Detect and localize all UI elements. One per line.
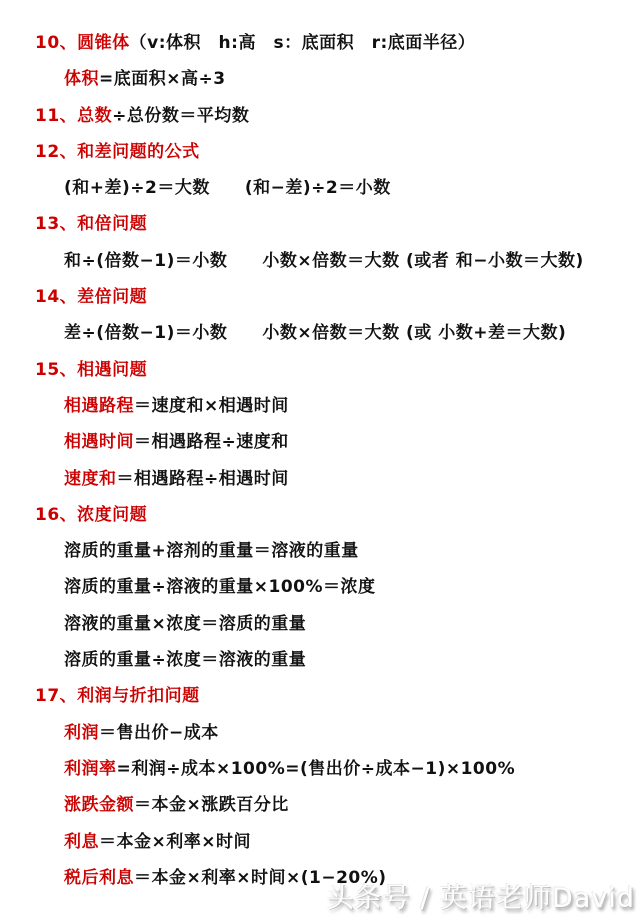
- section-heading: 14、差倍问题: [0, 279, 641, 315]
- highlight-text: 17、利润与折扣问题: [35, 686, 200, 706]
- formula-text: =底面积×高÷3: [99, 69, 226, 89]
- highlight-text: 税后利息: [64, 868, 134, 888]
- formula-text: （v:体积 h:高 s：底面积 r:底面半径）: [130, 33, 476, 53]
- formula-line: 溶质的重量÷浓度＝溶液的重量: [0, 642, 641, 678]
- highlight-text: 相遇路程: [64, 396, 134, 416]
- highlight-text: 涨跌金额: [64, 795, 134, 815]
- formula-text: 溶质的重量÷浓度＝溶液的重量: [64, 650, 306, 670]
- formula-text: 差÷(倍数−1)＝小数 小数×倍数＝大数 (或 小数+差＝大数): [64, 323, 566, 343]
- highlight-text: 12、和差问题的公式: [35, 142, 200, 162]
- highlight-text: 速度和: [64, 469, 117, 489]
- highlight-text: 利息: [64, 832, 99, 852]
- section-heading: 11、总数÷总份数＝平均数: [0, 98, 641, 134]
- section-heading: 15、相遇问题: [0, 352, 641, 388]
- formula-line: 差÷(倍数−1)＝小数 小数×倍数＝大数 (或 小数+差＝大数): [0, 315, 641, 351]
- formula-line: 利润＝售出价−成本: [0, 715, 641, 751]
- formula-text: =利润÷成本×100%=(售出价÷成本−1)×100%: [117, 759, 516, 779]
- formula-text: ＝本金×利率×时间: [99, 832, 251, 852]
- section-heading: 13、和倍问题: [0, 206, 641, 242]
- highlight-text: 10、圆锥体: [35, 33, 130, 53]
- formula-sheet-page: 10、圆锥体（v:体积 h:高 s：底面积 r:底面半径）体积=底面积×高÷31…: [0, 0, 641, 923]
- formula-line: 涨跌金额＝本金×涨跌百分比: [0, 787, 641, 823]
- formula-text: 溶质的重量+溶剂的重量＝溶液的重量: [64, 541, 359, 561]
- highlight-text: 利润率: [64, 759, 117, 779]
- section-heading: 12、和差问题的公式: [0, 134, 641, 170]
- highlight-text: 相遇时间: [64, 432, 134, 452]
- document-lines: 10、圆锥体（v:体积 h:高 s：底面积 r:底面半径）体积=底面积×高÷31…: [0, 0, 641, 896]
- formula-text: 和÷(倍数−1)＝小数 小数×倍数＝大数 (或者 和−小数＝大数): [64, 251, 584, 271]
- formula-text: 溶液的重量×浓度＝溶质的重量: [64, 614, 306, 634]
- highlight-text: 14、差倍问题: [35, 287, 147, 307]
- formula-line: 和÷(倍数−1)＝小数 小数×倍数＝大数 (或者 和−小数＝大数): [0, 243, 641, 279]
- formula-line: 溶质的重量÷溶液的重量×100%＝浓度: [0, 569, 641, 605]
- formula-text: ＝相遇路程÷相遇时间: [117, 469, 289, 489]
- section-heading: 17、利润与折扣问题: [0, 678, 641, 714]
- highlight-text: 利润: [64, 723, 99, 743]
- formula-line: 体积=底面积×高÷3: [0, 61, 641, 97]
- highlight-text: 16、浓度问题: [35, 505, 147, 525]
- watermark: 头条号 / 英语老师David: [327, 876, 635, 915]
- section-heading: 16、浓度问题: [0, 497, 641, 533]
- formula-text: ＝售出价−成本: [99, 723, 219, 743]
- formula-line: 利润率=利润÷成本×100%=(售出价÷成本−1)×100%: [0, 751, 641, 787]
- formula-text: ＝相遇路程÷速度和: [134, 432, 289, 452]
- highlight-text: 体积: [64, 69, 99, 89]
- formula-text: ＝本金×涨跌百分比: [134, 795, 289, 815]
- formula-text: (和+差)÷2＝大数 (和−差)÷2＝小数: [64, 178, 391, 198]
- formula-line: 溶液的重量×浓度＝溶质的重量: [0, 606, 641, 642]
- formula-line: (和+差)÷2＝大数 (和−差)÷2＝小数: [0, 170, 641, 206]
- highlight-text: 13、和倍问题: [35, 214, 147, 234]
- highlight-text: 15、相遇问题: [35, 360, 147, 380]
- formula-line: 速度和＝相遇路程÷相遇时间: [0, 461, 641, 497]
- formula-text: ＝速度和×相遇时间: [134, 396, 289, 416]
- section-heading: 10、圆锥体（v:体积 h:高 s：底面积 r:底面半径）: [0, 25, 641, 61]
- formula-line: 相遇时间＝相遇路程÷速度和: [0, 424, 641, 460]
- formula-text: 溶质的重量÷溶液的重量×100%＝浓度: [64, 577, 376, 597]
- formula-line: 利息＝本金×利率×时间: [0, 824, 641, 860]
- formula-text: ÷总份数＝平均数: [112, 106, 249, 126]
- formula-line: 溶质的重量+溶剂的重量＝溶液的重量: [0, 533, 641, 569]
- formula-line: 相遇路程＝速度和×相遇时间: [0, 388, 641, 424]
- highlight-text: 11、总数: [35, 106, 112, 126]
